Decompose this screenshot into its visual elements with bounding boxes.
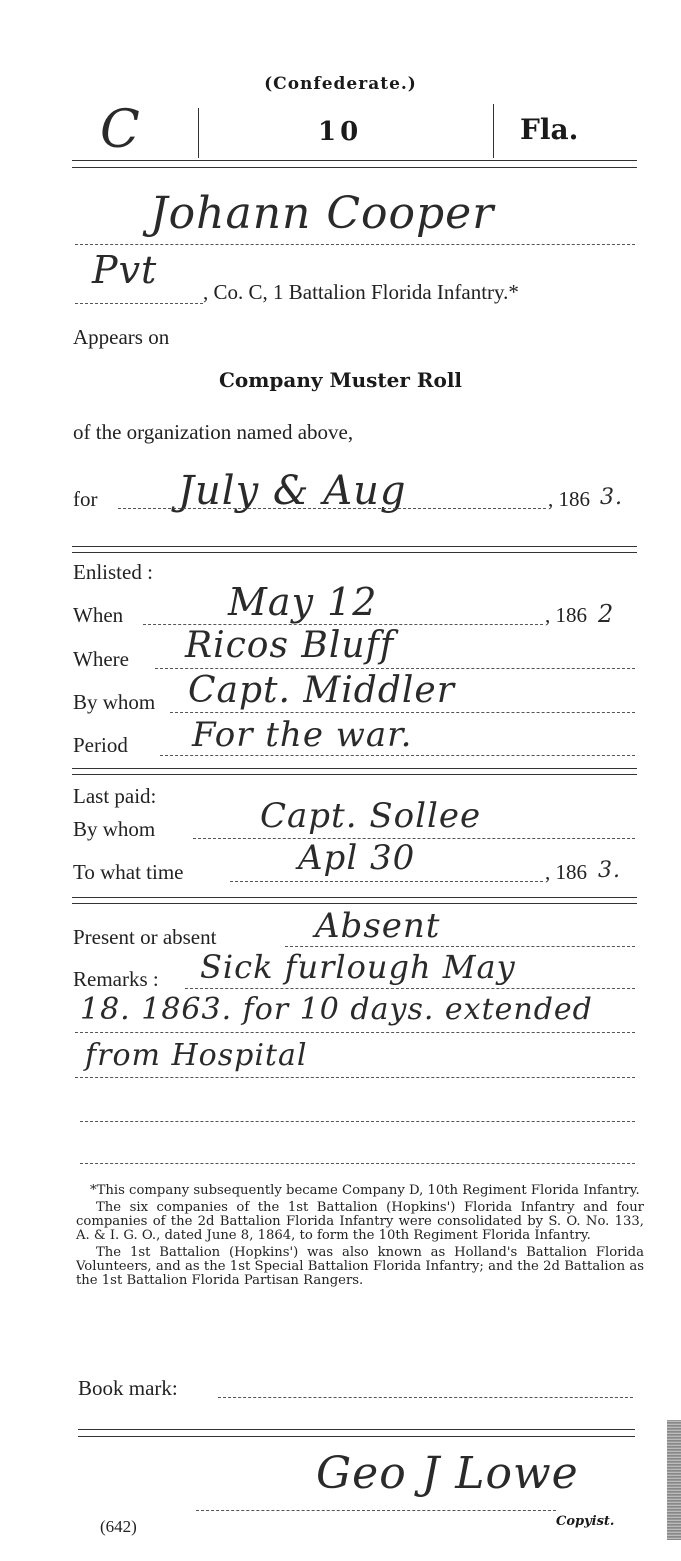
state-abbrev: Fla.: [520, 113, 578, 146]
copyist-line: [196, 1510, 556, 1511]
enlisted-period-value: For the war.: [192, 715, 412, 755]
footnote-1: *This company subsequently became Compan…: [76, 1184, 644, 1198]
soldier-rank: Pvt: [92, 248, 157, 292]
last-paid-by-whom-value: Capt. Sollee: [260, 796, 481, 836]
section-rule-3b: [72, 903, 637, 904]
for-year-digit: 3.: [600, 485, 623, 510]
for-year-prefix: , 186: [548, 487, 590, 512]
roll-type: Company Muster Roll: [0, 368, 681, 392]
footnote-2: The six companies of the 1st Battalion (…: [76, 1201, 644, 1243]
enlisted-where-line: [155, 668, 635, 669]
last-paid-time-line: [230, 881, 543, 882]
present-absent-value: Absent: [315, 906, 440, 946]
company-letter: C: [100, 100, 141, 160]
enlisted-when-label: When: [73, 603, 123, 628]
last-paid-year-digit: 3.: [598, 858, 621, 883]
header-rule-2: [72, 167, 637, 168]
last-paid-by-whom-label: By whom: [73, 817, 155, 842]
confederate-caption: (Confederate.): [0, 74, 681, 94]
enlisted-where-value: Ricos Bluff: [185, 625, 394, 666]
form-number: (642): [100, 1517, 137, 1537]
book-mark-line: [218, 1397, 633, 1398]
header-rule-1: [72, 160, 637, 161]
name-line: [75, 244, 635, 245]
footer-rule-b: [78, 1436, 635, 1437]
remarks-rule-1: [185, 988, 635, 989]
remarks-rule-2: [75, 1032, 635, 1033]
remarks-line-2: 18. 1863. for 10 days. extended: [80, 992, 593, 1027]
remarks-label: Remarks :: [73, 967, 159, 992]
enlisted-heading: Enlisted :: [73, 560, 153, 585]
footnotes: *This company subsequently became Compan…: [76, 1184, 644, 1288]
footer-rule-a: [78, 1429, 635, 1430]
book-mark-label: Book mark:: [78, 1376, 178, 1401]
enlisted-when-value: May 12: [228, 580, 377, 624]
enlisted-by-whom-line: [170, 712, 635, 713]
enlisted-when-year-digit: 2: [598, 600, 614, 628]
section-rule-3a: [72, 897, 637, 898]
of-org-label: of the organization named above,: [73, 420, 353, 445]
last-paid-heading: Last paid:: [73, 784, 156, 809]
footnote-3: The 1st Battalion (Hopkins') was also kn…: [76, 1246, 644, 1288]
soldier-name: Johann Cooper: [150, 188, 494, 239]
enlisted-by-whom-value: Capt. Middler: [188, 670, 455, 711]
for-label: for: [73, 487, 98, 512]
enlisted-period-line: [160, 755, 635, 756]
present-absent-label: Present or absent: [73, 925, 216, 950]
last-paid-year-prefix: , 186: [545, 860, 587, 885]
copyist-signature: Geo J Lowe: [316, 1448, 579, 1499]
rank-line: [75, 303, 203, 304]
regiment-number: 10: [318, 117, 362, 147]
remarks-rule-3: [75, 1077, 635, 1078]
for-line: [118, 508, 546, 509]
enlisted-by-whom-label: By whom: [73, 690, 155, 715]
header-divider-right: [493, 104, 494, 158]
remarks-line-3: from Hospital: [85, 1038, 307, 1073]
remarks-rule-4: [80, 1121, 635, 1122]
remarks-line-1: Sick furlough May: [200, 948, 516, 986]
copyist-label: Copyist.: [556, 1514, 614, 1529]
remarks-rule-5: [80, 1163, 635, 1164]
last-paid-time-value: Apl 30: [298, 838, 415, 878]
enlisted-when-year-prefix: , 186: [545, 603, 587, 628]
present-absent-line: [285, 946, 635, 947]
section-rule-1a: [72, 546, 637, 547]
section-rule-1b: [72, 552, 637, 553]
appears-on-label: Appears on: [73, 325, 169, 350]
unit-text: , Co. C, 1 Battalion Florida Infantry.*: [203, 280, 519, 305]
enlisted-period-label: Period: [73, 733, 128, 758]
section-rule-2a: [72, 768, 637, 769]
enlisted-where-label: Where: [73, 647, 129, 672]
page-edge-shadow: [667, 1420, 681, 1540]
header-divider-left: [198, 108, 199, 158]
section-rule-2b: [72, 774, 637, 775]
last-paid-time-label: To what time: [73, 860, 184, 885]
